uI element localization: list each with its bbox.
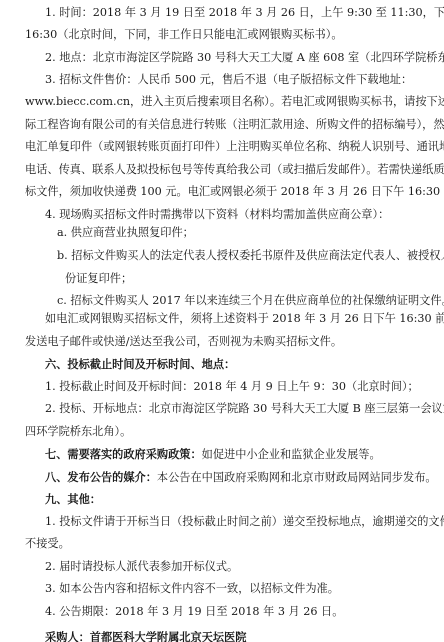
section-7-body: 如促进中小企业和监狱企业发展等。 — [202, 448, 381, 461]
item-3-price-cont-1: www.biecc.com.cn，进入主页后搜索项目名称）。若电汇或网银购买标书… — [25, 95, 405, 109]
item-3-price-cont-2: 际工程咨询有限公司的有关信息进行转账（注明汇款用途、所购文件的招标编号），然后在 — [25, 118, 405, 132]
section-7-heading: 七、需要落实的政府采购政策： — [45, 447, 202, 461]
section-7: 七、需要落实的政府采购政策：如促进中小企业和监狱企业发展等。 — [45, 447, 405, 462]
item-1-time: 1. 时间：2018 年 3 月 19 日至 2018 年 3 月 26 日，上… — [45, 6, 405, 20]
remote-purchase-note: 如电汇或网银购买招标文件，须将上述资料于 2018 年 3 月 26 日下午 1… — [45, 312, 405, 326]
purchaser-line: 采购人：首都医科大学附属北京天坛医院 — [45, 630, 405, 642]
section-6-item-2-cont: 四环学院桥东北角）。 — [25, 425, 405, 439]
material-c: c. 招标文件购买人 2017 年以来连续三个月在供应商单位的社保缴纳证明文件。 — [57, 294, 405, 308]
section-9-item-4: 4. 公告期限：2018 年 3 月 19 日至 2018 年 3 月 26 日… — [45, 605, 405, 619]
material-b-cont: 份证复印件； — [65, 272, 405, 286]
section-8: 八、发布公告的媒介：本公告在中国政府采购网和北京市财政局网站同步发布。 — [45, 470, 405, 485]
material-b: b. 招标文件购买人的法定代表人授权委托书原件及供应商法定代表人、被授权人身 — [57, 249, 405, 263]
item-3-price-cont-3: 电汇单复印件（或网银转账页面打印件）上注明购买单位名称、纳税人识别号、通讯地址、 — [25, 140, 405, 154]
item-4-onsite-materials: 4. 现场购买招标文件时需携带以下资料（材料均需加盖供应商公章）： — [45, 208, 405, 222]
section-8-body: 本公告在中国政府采购网和北京市财政局网站同步发布。 — [157, 471, 437, 484]
section-9-item-1: 1. 投标文件请于开标当日（投标截止时间之前）递交至投标地点，逾期递交的文件恕 — [45, 515, 405, 529]
section-9-item-1-cont: 不接受。 — [25, 537, 405, 551]
section-6-item-2: 2. 投标、开标地点：北京市海淀区学院路 30 号科大天工大厦 B 座三层第一会… — [45, 402, 405, 416]
section-6-item-1: 1. 投标截止时间及开标时间：2018 年 4 月 9 日上午 9：30（北京时… — [45, 380, 405, 394]
item-3-price-cont-4: 电话、传真、联系人及拟投标包号等传真给我公司（或扫描后发邮件）。若需快递纸质版招 — [25, 163, 405, 177]
remote-purchase-note-cont: 发送电子邮件或快递/送达至我公司，否则视为未购买招标文件。 — [25, 335, 405, 349]
item-2-location: 2. 地点：北京市海淀区学院路 30 号科大天工大厦 A 座 608 室（北四环… — [45, 51, 405, 65]
section-9-item-2: 2. 届时请投标人派代表参加开标仪式。 — [45, 560, 405, 574]
section-9-item-3: 3. 如本公告内容和招标文件内容不一致，以招标文件为准。 — [45, 582, 405, 596]
item-3-price: 3. 招标文件售价：人民币 500 元，售后不退（电子版招标文件下载地址： — [45, 73, 405, 87]
item-1-time-cont: 16:30（北京时间，下同，非工作日只能电汇或网银购买标书）。 — [25, 28, 405, 42]
material-a: a. 供应商营业执照复印件； — [57, 226, 405, 240]
section-8-heading: 八、发布公告的媒介： — [45, 470, 157, 484]
section-9-heading: 九、其他： — [45, 492, 405, 506]
section-6-heading: 六、投标截止时间及开标时间、地点： — [45, 357, 405, 371]
item-3-price-cont-5: 标文件，须加收快递费 100 元。电汇或网银必须于 2018 年 3 月 26 … — [25, 185, 405, 199]
